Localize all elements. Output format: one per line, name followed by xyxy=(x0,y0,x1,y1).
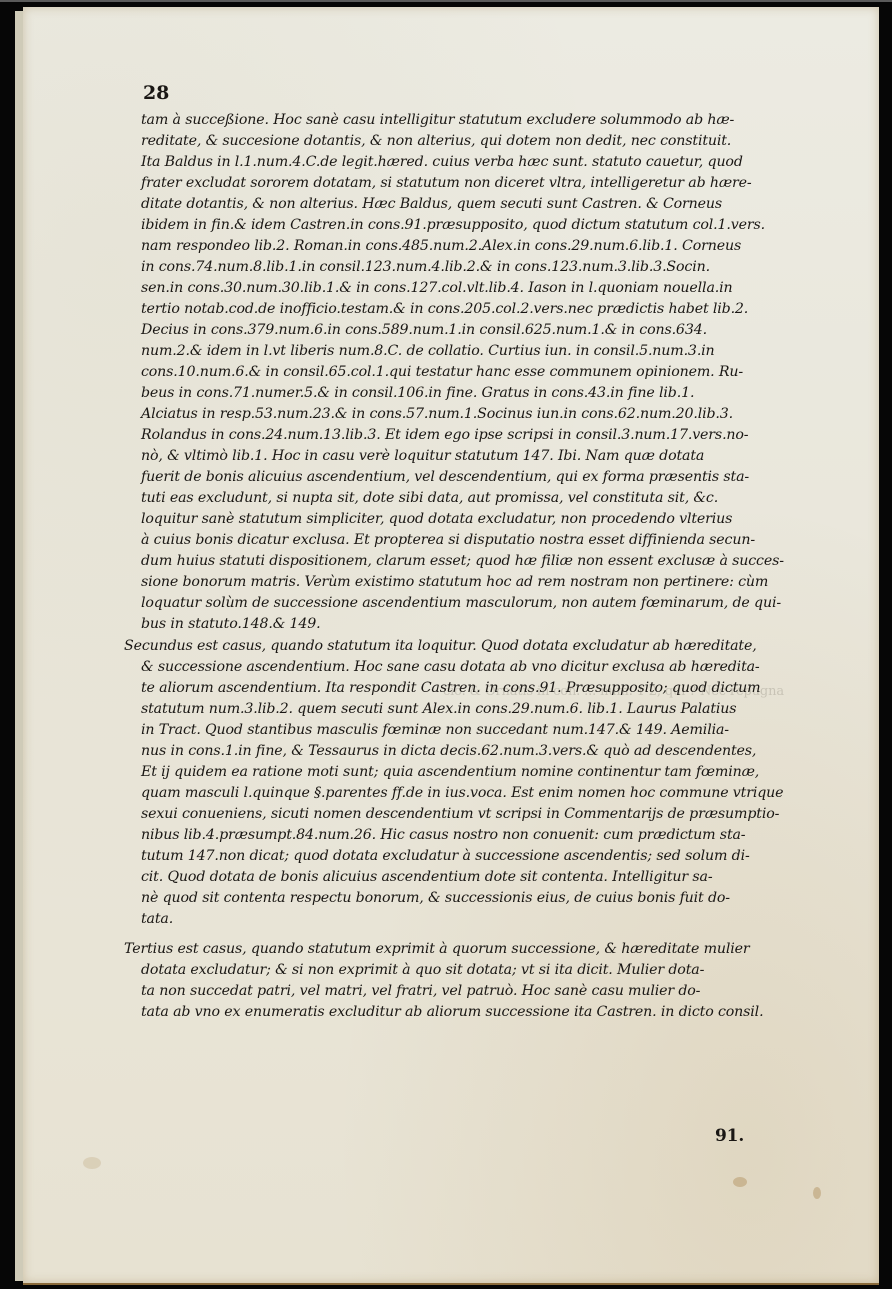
text-line: dum huius statuti dispositionem, clarum … xyxy=(141,551,784,571)
text-line: loquitur sanè statutum simpliciter, quod… xyxy=(141,509,732,529)
text-line: cit. Quod dotata de bonis alicuius ascen… xyxy=(141,867,712,887)
text-line: Alciatus in resp.53.num.23.& in cons.57.… xyxy=(141,404,733,424)
text-line: à cuius bonis dicatur exclusa. Et propte… xyxy=(141,530,755,550)
text-line: nus in cons.1.in fine, & Tessaurus in di… xyxy=(141,741,756,761)
text-line: tam à succeßione. Hoc sanè casu intellig… xyxy=(141,110,734,130)
text-line: fuerit de bonis alicuius ascendentium, v… xyxy=(141,467,749,487)
text-line: te aliorum ascendentium. Ita respondit C… xyxy=(141,678,760,698)
paragraph-start-line: Tertius est casus, quando statutum expri… xyxy=(124,939,750,959)
paragraph-start-line: Secundus est casus, quando statutum ita … xyxy=(124,636,757,656)
text-line: in cons.74.num.8.lib.1.in consil.123.num… xyxy=(141,257,710,277)
text-line: ibidem in fin.& idem Castren.in cons.91.… xyxy=(141,215,765,235)
text-line: in Tract. Quod stantibus masculis fœminæ… xyxy=(141,720,729,740)
text-line: tertio notab.cod.de inofficio.testam.& i… xyxy=(141,299,748,319)
text-line: tata. xyxy=(141,909,173,929)
text-line: nam respondeo lib.2. Roman.in cons.485.n… xyxy=(141,236,741,256)
document-page: 28 cio. & Ornatis in con. ... num. 1 2, … xyxy=(23,7,879,1285)
text-line: nò, & vltimò lib.1. Hoc in casu verè loq… xyxy=(141,446,704,466)
page-number: 28 xyxy=(143,82,169,104)
text-line: num.2.& idem in l.vt liberis num.8.C. de… xyxy=(141,341,715,361)
text-line: sione bonorum matris. Verùm existimo sta… xyxy=(141,572,768,592)
text-line: tata ab vno ex enumeratis excluditur ab … xyxy=(141,1002,763,1022)
text-line: bus in statuto.148.& 149. xyxy=(141,614,321,634)
page-text: 28 cio. & Ornatis in con. ... num. 1 2, … xyxy=(23,7,879,1283)
text-line: frater excludat sororem dotatam, si stat… xyxy=(141,173,752,193)
text-line: dotata excludatur; & si non exprimit à q… xyxy=(141,960,704,980)
text-line: beus in cons.71.numer.5.& in consil.106.… xyxy=(141,383,694,403)
text-line: ditate dotantis, & non alterius. Hæc Bal… xyxy=(141,194,722,214)
text-line: Decius in cons.379.num.6.in cons.589.num… xyxy=(141,320,707,340)
text-line: tutum 147.non dicat; quod dotata excluda… xyxy=(141,846,750,866)
text-line: sen.in cons.30.num.30.lib.1.& in cons.12… xyxy=(141,278,732,298)
text-line: sexui conueniens, sicuti nomen descenden… xyxy=(141,804,779,824)
text-line: Ita Baldus in l.1.num.4.C.de legit.hæred… xyxy=(141,152,743,172)
text-line: nè quod sit contenta respectu bonorum, &… xyxy=(141,888,730,908)
text-line: cons.10.num.6.& in consil.65.col.1.qui t… xyxy=(141,362,743,382)
text-line: statutum num.3.lib.2. quem secuti sunt A… xyxy=(141,699,736,719)
text-line: nibus lib.4.præsumpt.84.num.26. Hic casu… xyxy=(141,825,745,845)
text-line: quam masculi l.quinque §.parentes ff.de … xyxy=(141,783,783,803)
text-line: loquatur solùm de successione ascendenti… xyxy=(141,593,781,613)
text-line: & successione ascendentium. Hoc sane cas… xyxy=(141,657,760,677)
text-line: tuti eas excludunt, si nupta sit, dote s… xyxy=(141,488,718,508)
text-line: Et ij quidem ea ratione moti sunt; quia … xyxy=(141,762,759,782)
text-line: ta non succedat patri, vel matri, vel fr… xyxy=(141,981,700,1001)
text-line: reditate, & succesione dotantis, & non a… xyxy=(141,131,731,151)
catchword: 91. xyxy=(715,1126,744,1146)
text-line: Rolandus in cons.24.num.13.lib.3. Et ide… xyxy=(141,425,748,445)
scan-frame: 28 cio. & Ornatis in con. ... num. 1 2, … xyxy=(0,0,892,1289)
